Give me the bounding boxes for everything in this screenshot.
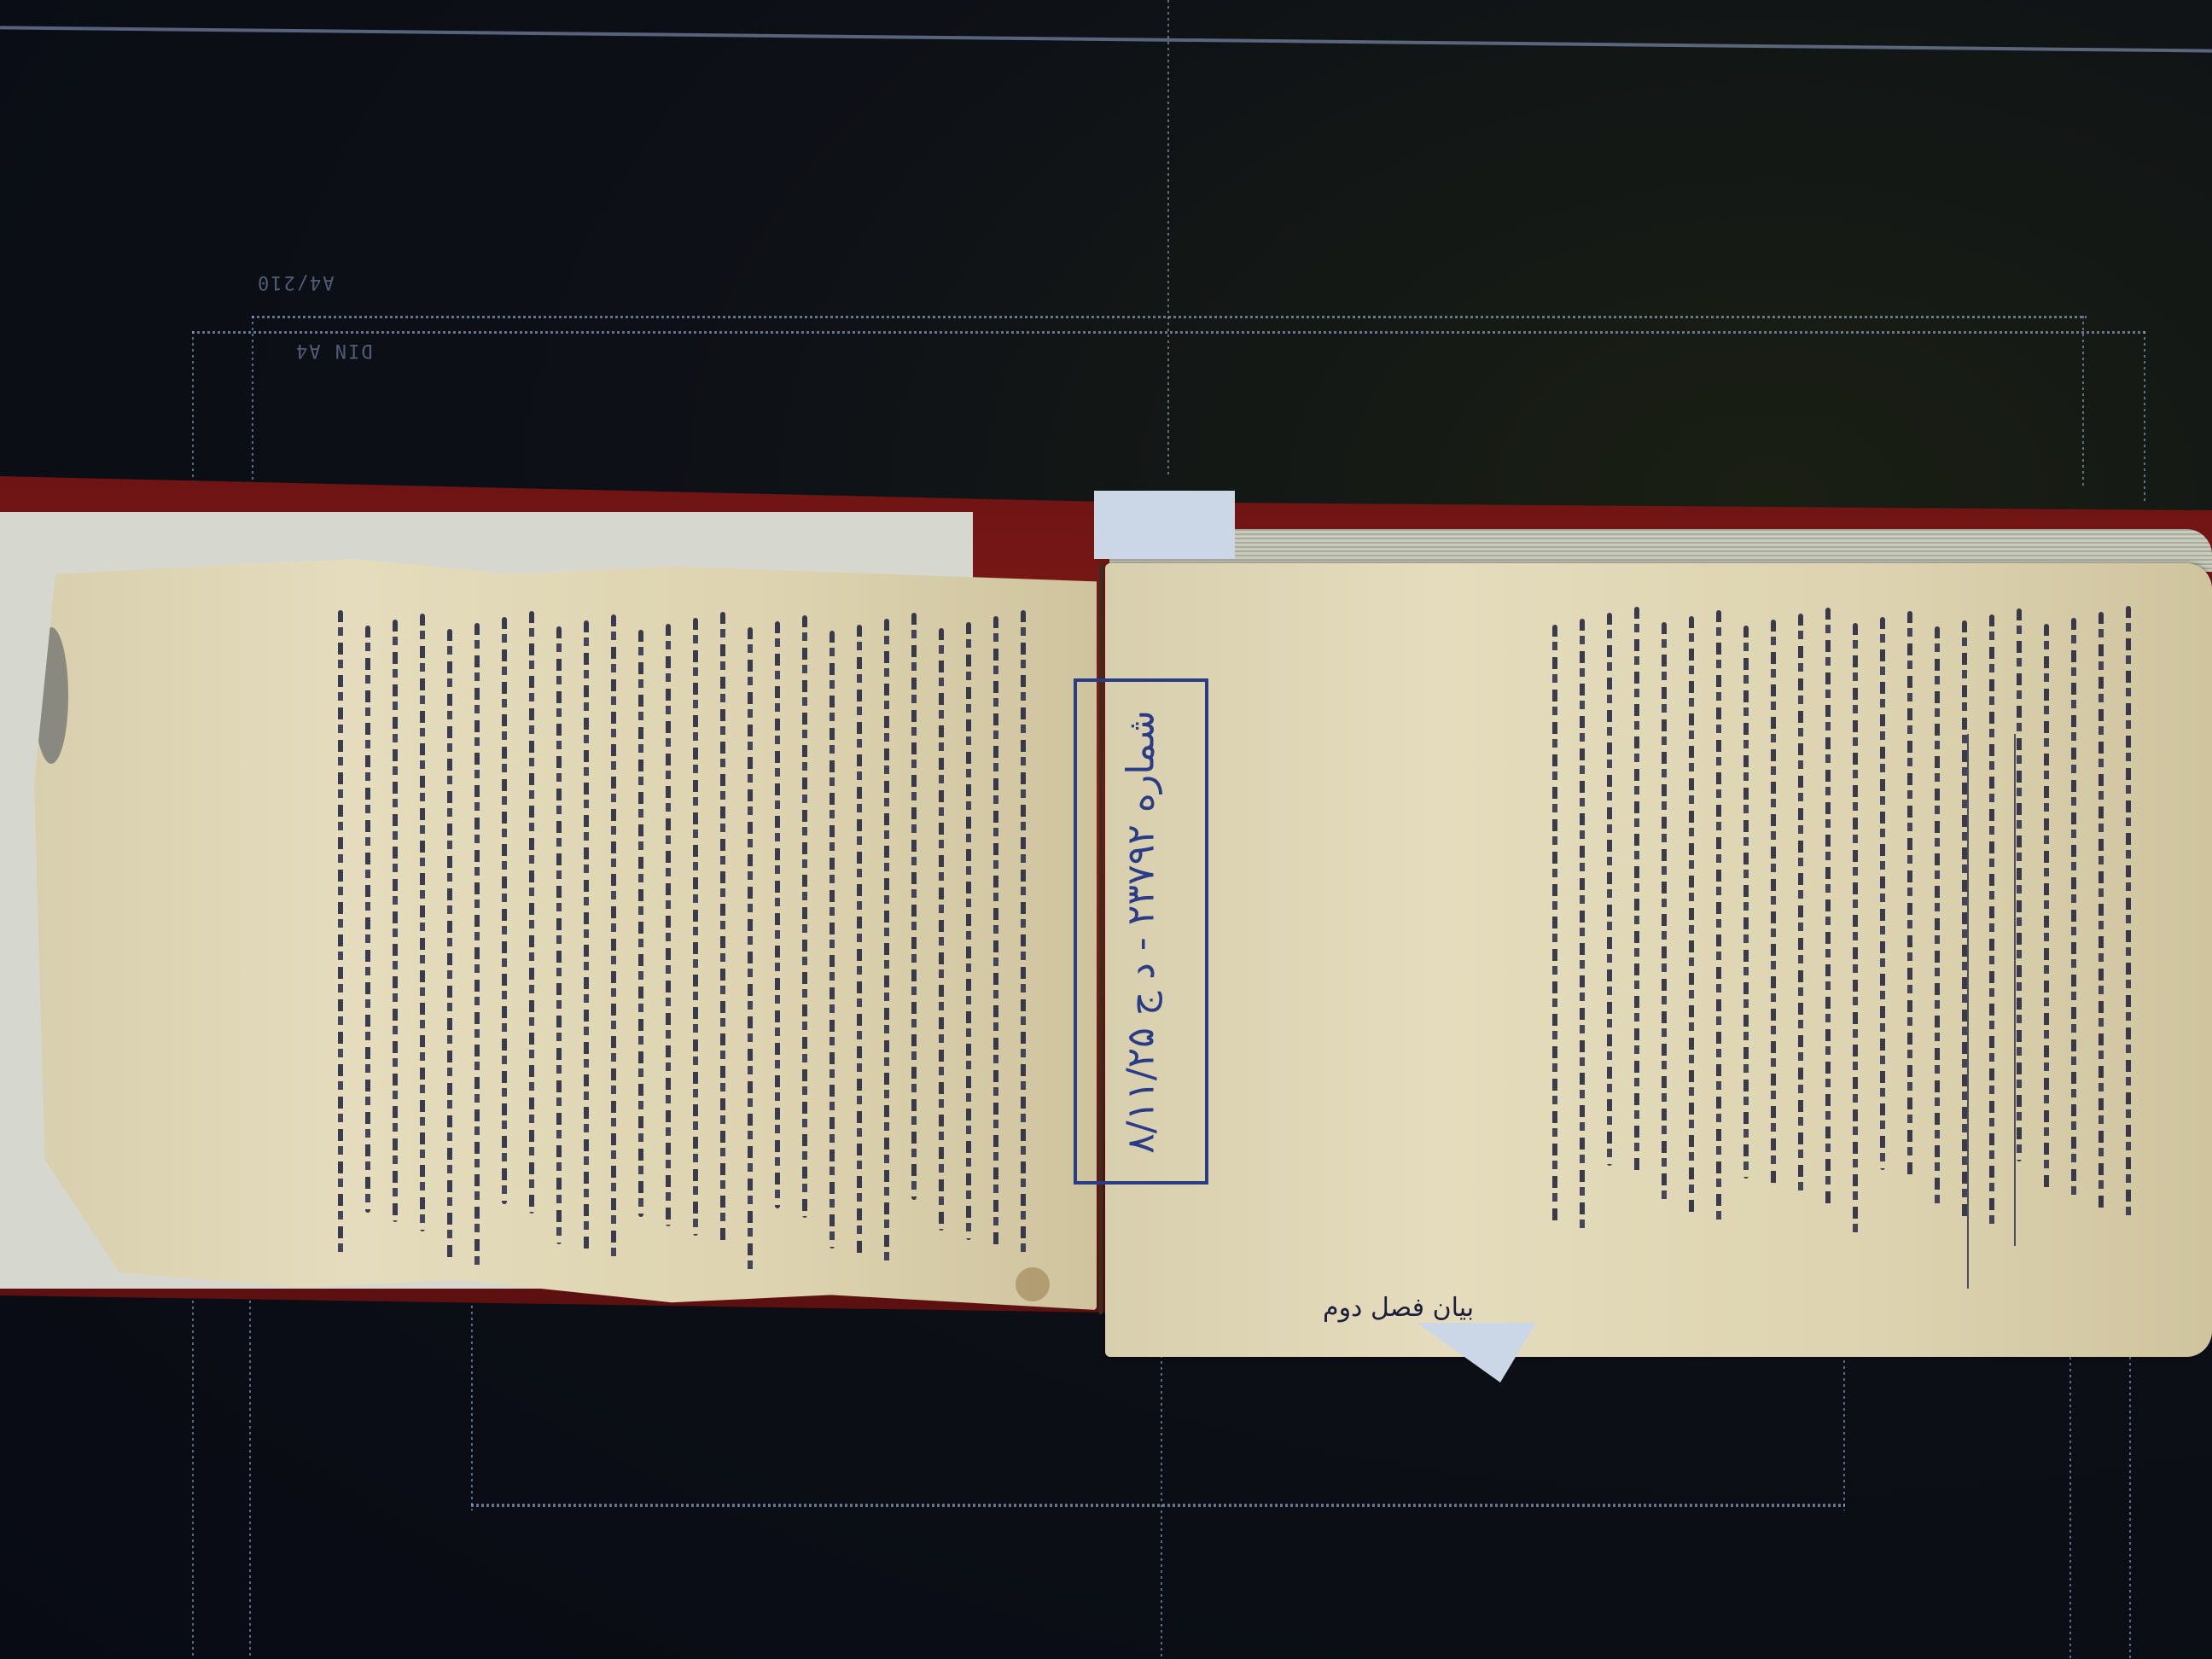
- library-stamp: شماره ۲۳۷۹۲ - د ج ۸/۱۱/۲۵: [1074, 678, 1208, 1185]
- handwritten-line: [1935, 626, 1940, 1210]
- handwritten-line: [1771, 620, 1776, 1188]
- handwritten-line: [2071, 618, 2076, 1202]
- handwritten-line: [966, 622, 971, 1240]
- mat-guide-line: [2144, 331, 2145, 502]
- handwritten-line: [720, 612, 725, 1245]
- handwritten-line: [638, 630, 643, 1217]
- handwritten-line: [2098, 612, 2104, 1211]
- handwritten-line: [447, 629, 452, 1262]
- handwritten-line: [939, 628, 944, 1231]
- handwritten-line: [666, 624, 671, 1226]
- right-manuscript-page: بیان فصل دوم: [1105, 563, 2212, 1357]
- mat-guide-line: [1843, 1348, 1845, 1511]
- handwritten-line: [1716, 610, 1721, 1225]
- handwritten-line: [693, 618, 698, 1236]
- handwritten-line: [1825, 608, 1831, 1207]
- mat-guide-line: [192, 331, 194, 485]
- left-page-text-block: [115, 610, 1037, 1276]
- handwritten-line: [1662, 622, 1667, 1206]
- mat-guide-line: [249, 1289, 251, 1659]
- handwritten-line: [2044, 624, 2049, 1192]
- handwritten-line: [502, 617, 507, 1204]
- mat-guide-line: [471, 1306, 473, 1511]
- handwritten-line: [393, 620, 398, 1222]
- mat-guide-line: [192, 331, 2146, 334]
- margin-rule: [2014, 734, 2016, 1246]
- handwritten-line: [748, 627, 753, 1276]
- handwritten-line: [1743, 626, 1749, 1179]
- mat-vertical-line: [1167, 0, 1169, 478]
- mat-guide-line: [471, 1504, 1845, 1507]
- handwritten-line: [611, 614, 616, 1263]
- handwritten-line: [338, 610, 343, 1259]
- mat-top-line: [0, 26, 2212, 52]
- mat-guide-line: [192, 1289, 194, 1659]
- mat-label: A4/210: [256, 271, 334, 293]
- left-manuscript-page: [34, 559, 1097, 1310]
- handwritten-line: [993, 616, 998, 1249]
- handwritten-line: [2126, 606, 2131, 1220]
- handwritten-line: [529, 611, 534, 1214]
- handwritten-line: [365, 626, 370, 1213]
- mat-guide-line: [2069, 1357, 2071, 1659]
- water-stain: [1016, 1267, 1050, 1301]
- handwritten-line: [802, 615, 807, 1218]
- handwritten-line: [857, 625, 862, 1258]
- handwritten-line: [775, 621, 780, 1208]
- catchword: بیان فصل دوم: [1323, 1293, 1474, 1323]
- mat-guide-line: [252, 316, 2087, 318]
- handwritten-line: [556, 626, 562, 1244]
- handwritten-line: [1552, 625, 1557, 1224]
- handwritten-line: [1634, 607, 1639, 1175]
- handwritten-line: [1021, 610, 1026, 1259]
- paper-tab-top: [1094, 491, 1235, 559]
- mat-guide-line: [2082, 316, 2084, 486]
- stamp-text: شماره ۲۳۷۹۲ - د ج ۸/۱۱/۲۵: [1120, 710, 1163, 1154]
- mat-label: DIN A4: [294, 340, 372, 361]
- mat-guide-line: [252, 316, 253, 486]
- handwritten-line: [1607, 613, 1612, 1166]
- handwritten-line: [1853, 623, 1858, 1237]
- handwritten-line: [584, 620, 589, 1254]
- handwritten-line: [911, 613, 917, 1200]
- mat-guide-line: [2129, 1357, 2131, 1659]
- handwritten-line: [1689, 616, 1694, 1215]
- handwritten-line: [829, 631, 835, 1249]
- handwritten-line: [1580, 619, 1585, 1233]
- handwritten-line: [1880, 617, 1885, 1170]
- handwritten-line: [1907, 611, 1912, 1179]
- handwritten-line: [884, 619, 889, 1267]
- handwritten-line: [420, 614, 425, 1231]
- margin-rule: [1967, 734, 1969, 1289]
- handwritten-line: [2017, 608, 2022, 1161]
- handwritten-line: [474, 623, 480, 1272]
- handwritten-line: [1798, 614, 1803, 1197]
- mat-guide-line: [1161, 1331, 1162, 1659]
- handwritten-line: [1989, 614, 1994, 1229]
- right-page-text-block: [1237, 606, 2142, 1237]
